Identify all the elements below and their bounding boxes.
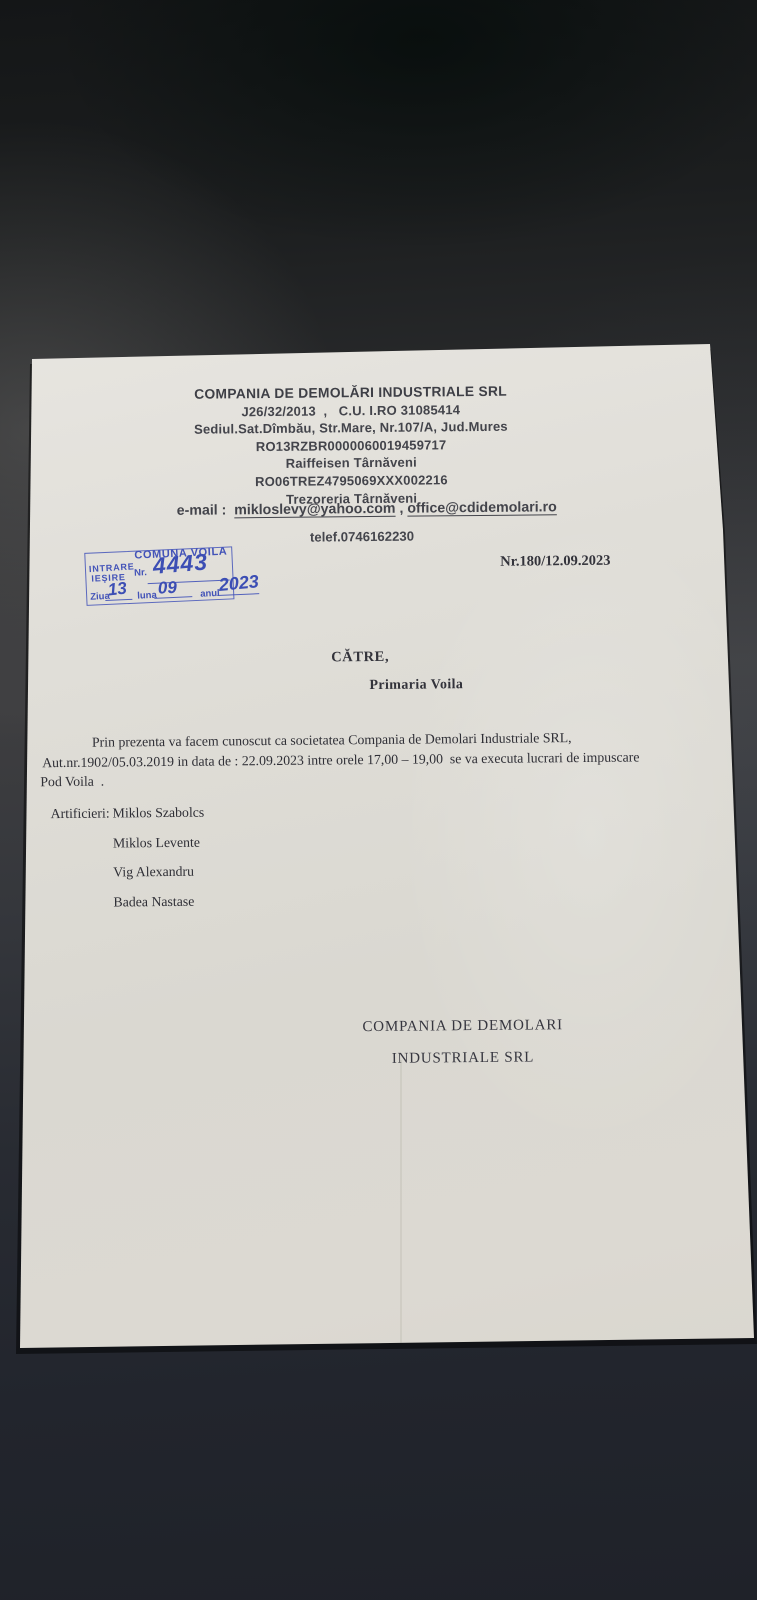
signature-company-line1: COMPANIA DE DEMOLARI (352, 1010, 574, 1044)
body-paragraph-line-3: Pod Voila . (40, 774, 104, 791)
photographed-letter-scene: COMPANIA DE DEMOLĂRI INDUSTRIALE SRL J26… (0, 0, 757, 1600)
artificier-name: Miklos Szabolcs (113, 805, 205, 822)
recipient-name: Primaria Voila (369, 677, 463, 694)
letterhead: COMPANIA DE DEMOLĂRI INDUSTRIALE SRL J26… (116, 382, 587, 510)
stamp-anul-label: anul (200, 587, 220, 599)
letter-content: COMPANIA DE DEMOLĂRI INDUSTRIALE SRL J26… (0, 0, 757, 1600)
email-label: e-mail : (177, 502, 235, 519)
registration-stamp: COMUNA VOILA INTRARE IEŞIRE Nr. 4443 Ziu… (76, 540, 274, 613)
email-secondary: office@cdidemolari.ro (407, 499, 557, 516)
stamp-luna-label: luna (137, 590, 157, 602)
artificier-name: Badea Nastase (113, 894, 194, 911)
signature-block: COMPANIA DE DEMOLARI INDUSTRIALE SRL (352, 1010, 575, 1075)
artificieri-label: Artificieri: (51, 806, 110, 823)
stamp-nr-value-handwritten: 4443 (152, 549, 209, 580)
body-paragraph-line-1: Prin prezenta va facem cunoscut ca socie… (92, 730, 572, 751)
signature-company-line2: INDUSTRIALE SRL (352, 1042, 574, 1076)
artificier-name: Vig Alexandru (113, 864, 194, 881)
reference-number: Nr.180/12.09.2023 (500, 553, 610, 571)
salutation: CĂTRE, (331, 649, 389, 667)
stamp-anul-value-handwritten: 2023 (218, 571, 260, 596)
stamp-ziua-value-handwritten: 13 (107, 578, 128, 600)
email-primary: mikloslevy@yahoo.com (234, 501, 395, 519)
email-separator: , (395, 501, 407, 517)
stamp-nr-label: Nr. (134, 567, 147, 579)
artificier-name: Miklos Levente (113, 835, 200, 852)
body-paragraph-line-2: Aut.nr.1902/05.03.2019 in data de : 22.0… (42, 749, 639, 771)
stamp-luna-value-handwritten: 09 (157, 578, 177, 599)
